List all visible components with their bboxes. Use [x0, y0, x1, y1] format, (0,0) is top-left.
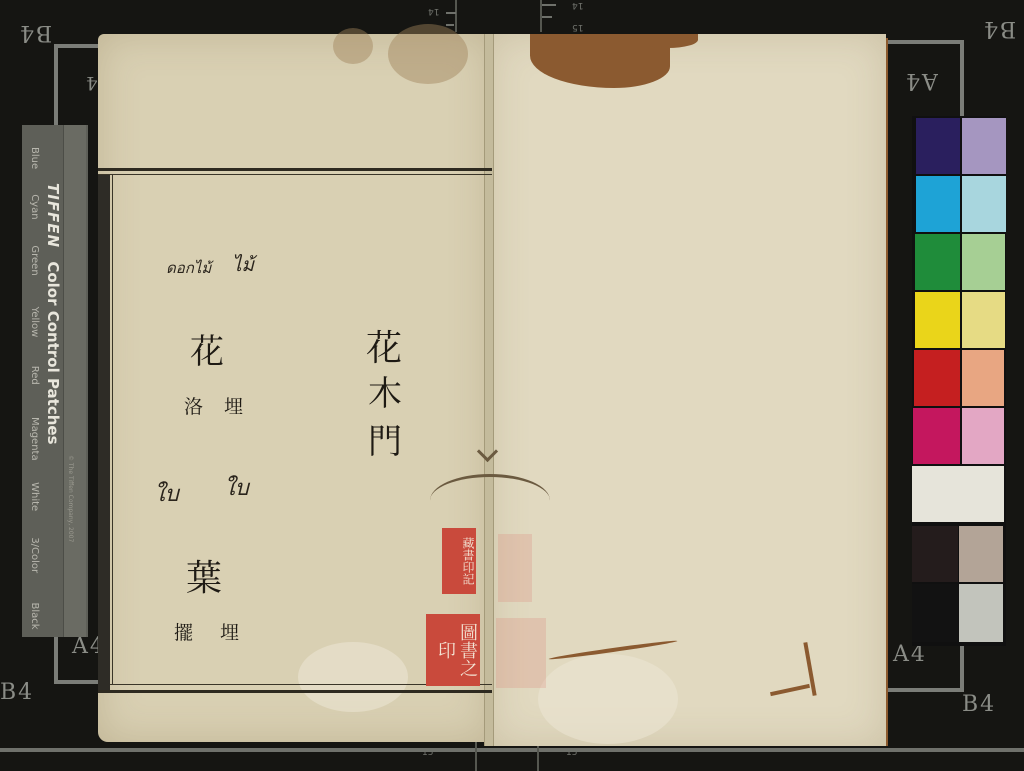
a4-label-top-right: A4: [904, 68, 938, 93]
thai-word-flower-2: ไม้: [232, 250, 254, 280]
b4-label-bottom-right: B4: [962, 692, 996, 717]
ruler-number: 15: [572, 22, 583, 32]
patch-red: [914, 350, 960, 406]
tiffen-brand: TIFFEN: [44, 183, 62, 248]
patch-yellow: [915, 292, 960, 348]
color-patch-chart: [912, 116, 1006, 646]
char-flower: 花: [190, 324, 224, 373]
ruler-tick: [542, 4, 556, 6]
ruler-top-left: [455, 0, 457, 32]
patch-red-light: [962, 350, 1004, 406]
frame-line-top: [98, 168, 492, 171]
reading-flower-2: 埋: [224, 392, 243, 419]
patch-dark-brown: [912, 526, 958, 582]
ruler-number: 15: [422, 748, 433, 758]
patch-blue: [916, 118, 960, 174]
color-name-magenta: Magenta: [29, 417, 40, 479]
color-name-black: Black: [29, 603, 40, 643]
water-stain-top: [388, 24, 468, 84]
patch-magenta: [913, 408, 960, 464]
patch-light-gray: [959, 584, 1003, 642]
b4-label-bottom-left: B4: [0, 680, 34, 705]
b4-bottom-line: [0, 748, 1024, 752]
frame-line-bottom: [98, 690, 492, 693]
binding-thread-mark: [430, 474, 550, 527]
right-page: [490, 34, 886, 746]
open-book: ดอกไม้ ไม้ 花 洛 埋 花 木 門 ใบ ใบ 葉 擺 埋 藏書印記 …: [98, 34, 888, 746]
ruler-number: 14: [572, 0, 583, 10]
water-stain-top-small: [333, 28, 373, 64]
patch-green-light: [962, 234, 1005, 290]
patch-blue-light: [962, 118, 1006, 174]
reading-leaf-1: 擺: [174, 618, 193, 645]
b4-label-top-left: B4: [18, 20, 52, 45]
color-name-white: White: [29, 482, 40, 534]
color-name-green: Green: [29, 245, 40, 303]
water-stain-bottom-right: [538, 654, 678, 744]
ruler-bottom-right: [537, 742, 539, 771]
seal-upper: 藏書印記: [442, 528, 476, 594]
patch-cyan-light: [962, 176, 1006, 232]
ruler-tick: [446, 12, 456, 14]
section-title-char-2: 木: [368, 366, 402, 415]
patch-yellow-light: [962, 292, 1005, 348]
ruler-tick: [542, 16, 552, 18]
b4-label-top-right: B4: [982, 16, 1016, 41]
tiffen-product-name: Color Control Patches: [44, 261, 62, 444]
reading-leaf-2: 埋: [220, 618, 239, 645]
patch-green: [915, 234, 960, 290]
water-stain-bottom: [298, 642, 408, 712]
page-edge-dark: [98, 175, 110, 690]
color-name-3color: 3/Color: [29, 537, 40, 599]
tiffen-title: TIFFEN Color Control Patches: [44, 183, 62, 445]
seal-offset-lower: [496, 618, 546, 688]
seal-offset-upper: [498, 534, 532, 602]
color-name-yellow: Yellow: [29, 307, 40, 363]
reading-flower-1: 洛: [184, 392, 203, 419]
section-title-char-3: 門: [368, 414, 402, 463]
frame-line-top-inner: [98, 174, 492, 175]
book-spine-stitch: [484, 34, 494, 746]
patch-tan: [959, 526, 1003, 582]
section-title-char-1: 花: [366, 320, 402, 371]
patch-white: [912, 466, 1004, 522]
tiffen-color-names: Blue Cyan Green Yellow Red Magenta White…: [29, 147, 40, 643]
patch-cyan: [916, 176, 960, 232]
ruler-tick: [446, 24, 454, 26]
seal-lower: 圖書之印: [426, 614, 480, 686]
color-name-red: Red: [29, 366, 40, 414]
patch-magenta-light: [962, 408, 1004, 464]
ruler-bottom-left: [475, 742, 477, 771]
tiffen-copyright: © The Tiffen Company, 2007: [67, 455, 74, 542]
patch-black: [912, 584, 958, 642]
color-name-cyan: Cyan: [29, 194, 40, 242]
color-name-blue: Blue: [29, 147, 40, 191]
thai-word-leaf-2: ใบ: [224, 470, 249, 505]
strip-ruler: [63, 125, 86, 637]
thai-word-flower-1: ดอกไม้: [166, 256, 211, 280]
frame-line-left: [112, 175, 113, 685]
thai-word-leaf-1: ใบ: [154, 476, 179, 511]
ruler-number: 15: [566, 748, 577, 758]
char-leaf: 葉: [186, 550, 222, 601]
ruler-number: 14: [428, 6, 439, 16]
tiffen-color-control-strip: TIFFEN Color Control Patches Blue Cyan G…: [22, 125, 88, 637]
